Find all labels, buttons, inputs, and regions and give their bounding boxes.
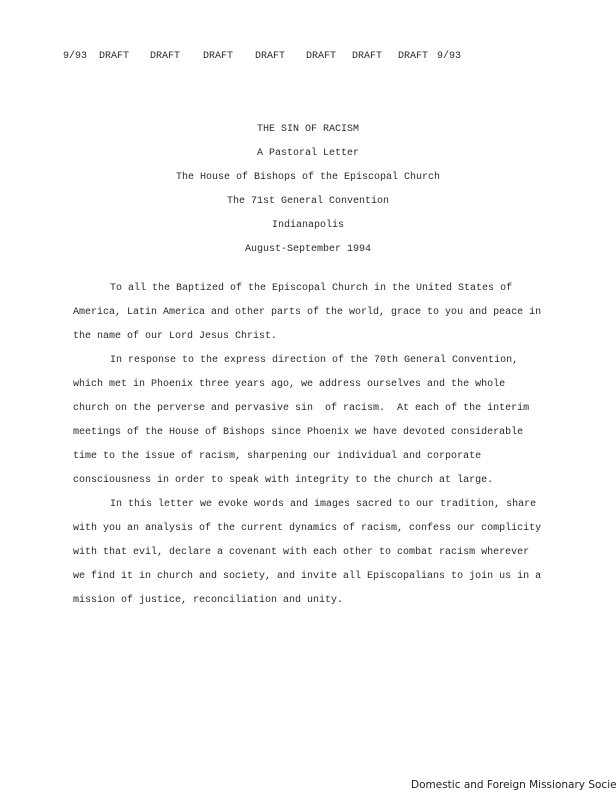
text-line: we find it in church and society, and in…: [73, 570, 573, 594]
text-line: meetings of the House of Bishops since P…: [73, 426, 573, 450]
archive-watermark: Domestic and Foreign Missionary Society: [411, 779, 616, 791]
document-title: THE SIN OF RACISM: [0, 123, 616, 147]
draft-header: 9/93 DRAFT DRAFT DRAFT DRAFT DRAFT DRAFT…: [0, 51, 616, 65]
text-line: America, Latin America and other parts o…: [73, 306, 573, 330]
text-line: consciousness in order to speak with int…: [73, 474, 573, 498]
header-draft-3: DRAFT: [203, 51, 233, 62]
header-draft-1: DRAFT: [99, 51, 129, 62]
document-author: The House of Bishops of the Episcopal Ch…: [0, 171, 616, 195]
text-line: To all the Baptized of the Episcopal Chu…: [73, 282, 573, 306]
header-draft-7: DRAFT: [398, 51, 428, 62]
header-draft-5: DRAFT: [306, 51, 336, 62]
document-date: August-September 1994: [0, 243, 616, 267]
text-line: In this letter we evoke words and images…: [73, 498, 573, 522]
header-date-right: 9/93: [437, 51, 461, 62]
document-place: Indianapolis: [0, 219, 616, 243]
paragraph-greeting: To all the Baptized of the Episcopal Chu…: [73, 282, 573, 354]
document-subtitle: A Pastoral Letter: [0, 147, 616, 171]
text-line: which met in Phoenix three years ago, we…: [73, 378, 573, 402]
title-block: THE SIN OF RACISM A Pastoral Letter The …: [0, 123, 616, 267]
text-line: with you an analysis of the current dyna…: [73, 522, 573, 546]
text-line: the name of our Lord Jesus Christ.: [73, 330, 573, 354]
text-line: mission of justice, reconciliation and u…: [73, 594, 573, 618]
text-line: church on the perverse and pervasive sin…: [73, 402, 573, 426]
header-draft-6: DRAFT: [352, 51, 382, 62]
header-date-left: 9/93: [63, 51, 87, 62]
header-draft-2: DRAFT: [150, 51, 180, 62]
paragraph-letter-purpose: In this letter we evoke words and images…: [73, 498, 573, 618]
letter-body: To all the Baptized of the Episcopal Chu…: [73, 282, 573, 618]
document-page: 9/93 DRAFT DRAFT DRAFT DRAFT DRAFT DRAFT…: [0, 0, 616, 800]
document-convention: The 71st General Convention: [0, 195, 616, 219]
paragraph-response: In response to the express direction of …: [73, 354, 573, 498]
text-line: with that evil, declare a covenant with …: [73, 546, 573, 570]
text-line: time to the issue of racism, sharpening …: [73, 450, 573, 474]
header-draft-4: DRAFT: [255, 51, 285, 62]
text-line: In response to the express direction of …: [73, 354, 573, 378]
